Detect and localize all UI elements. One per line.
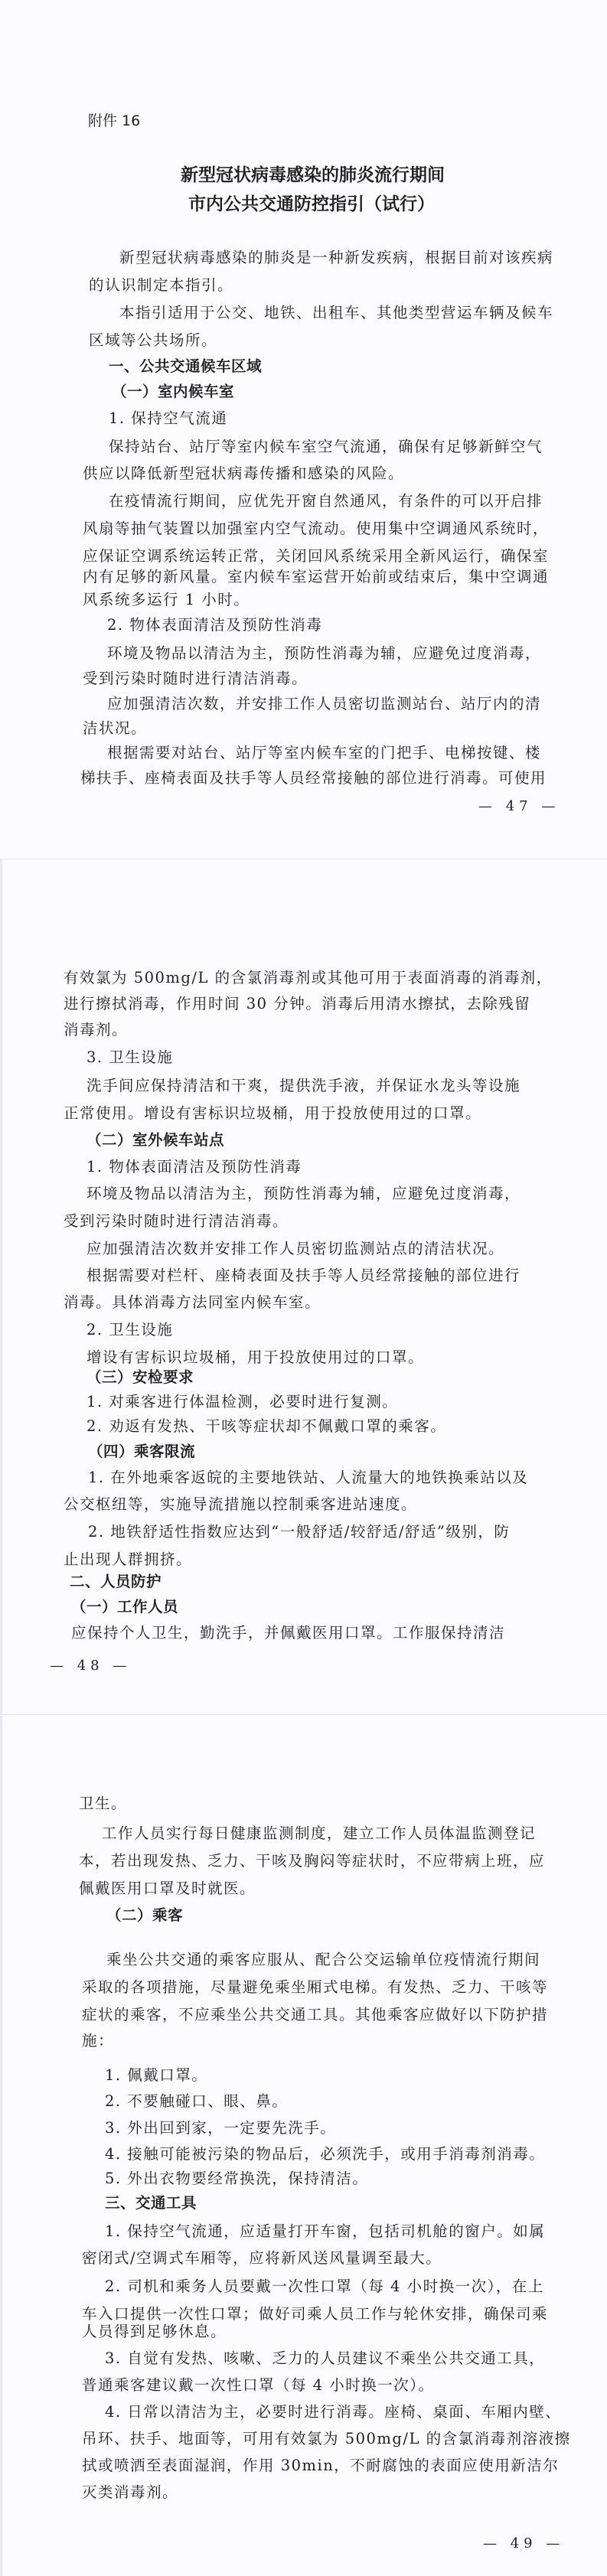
paragraph-line: 消毒。具体消毒方法同室内候车室。 <box>64 1293 321 1312</box>
subsection-heading: （二）室外候车站点 <box>86 1131 224 1149</box>
paragraph-line: 施： <box>82 2032 114 2050</box>
list-item: 3. 外出回到家，一定要先洗手。 <box>105 2119 336 2137</box>
paragraph-line: 本指引适用于公交、地铁、出租车、其他类型营运车辆及候车 <box>119 304 553 322</box>
paragraph-line: 应保持个人卫生，勤洗手，并佩戴医用口罩。工作服保持清洁 <box>71 1624 505 1642</box>
list-item: 1. 佩戴口罩。 <box>105 2066 207 2085</box>
page-49: 卫生。 工作人员实行每日健康监测制度，建立工作人员体温监测登记 本，若出现发热、… <box>0 1716 607 2576</box>
paragraph-line: 洁状况。 <box>83 719 147 738</box>
subsection-heading: （一）室内候车室 <box>112 383 234 401</box>
paragraph-line: 应加强清洁次数并安排工作人员密切监测站点的清洁状况。 <box>86 1240 504 1258</box>
paragraph-line: 风系统多运行 1 小时。 <box>83 591 250 609</box>
list-item: 5. 外出衣物要经常换洗，保持清洁。 <box>105 2170 368 2188</box>
paragraph-line: 内有足够的新风量。室内候车室运营开始前或结束后，集中空调通 <box>83 568 549 586</box>
subsection-heading: （二）乘客 <box>106 1906 183 1925</box>
item-heading: 1. 物体表面清洁及预防性消毒 <box>86 1158 302 1176</box>
paragraph-line: 佩戴医用口罩及时就医。 <box>79 1880 256 1898</box>
paragraph-line: 4. 日常以清洁为主，必要时进行消毒。座椅、桌面、车厢内壁、 <box>105 2403 561 2421</box>
subsection-heading: （四）乘客限流 <box>88 1443 195 1461</box>
section-heading-2: 二、人员防护 <box>70 1573 162 1591</box>
paragraph-line: 1. 保持空气流通，应适量打开车窗，包括司机舱的窗户。如属 <box>105 2222 545 2241</box>
paragraph-line: 增设有害标识垃圾桶，用于投放使用过的口罩。 <box>86 1348 424 1367</box>
item-heading: 2. 物体表面清洁及预防性消毒 <box>107 616 322 634</box>
paragraph-line: 采取的各项措施，尽量避免乘坐厢式电梯。有发热、乏力、干咳等 <box>82 1978 548 1997</box>
paragraph-line: 洗手间应保持清洁和干爽，提供洗手液，并保证水龙头等设施 <box>86 1077 521 1095</box>
paragraph-line: 1. 对乘客进行体温检测，必要时进行复测。 <box>86 1393 398 1411</box>
paragraph-line: 正常使用。增设有害标识垃圾桶，用于投放使用过的口罩。 <box>64 1104 481 1123</box>
section-heading-3: 三、交通工具 <box>105 2194 197 2212</box>
list-item: 4. 接触可能被污染的物品后，必须洗手，或用手消毒剂消毒。 <box>105 2145 545 2164</box>
paragraph-line: 环境及物品以清洁为主，预防性消毒为辅，应避免过度消毒， <box>86 1185 521 1203</box>
subsection-heading: （三）安检要求 <box>86 1368 194 1387</box>
paragraph-line: 新型冠状病毒感染的肺炎是一种新发疾病，根据目前对该疾病 <box>119 249 553 267</box>
paragraph-line: 2. 地铁舒适性指数应达到“一般舒适/较舒适/舒适”级别，防 <box>88 1523 510 1541</box>
paragraph-line: 根据需要对站台、站厅等室内候车室的门把手、电梯按键、楼 <box>107 744 541 762</box>
section-heading-1: 一、公共交通候车区域 <box>109 357 262 376</box>
paragraph-line: 受到污染时随时进行清洁消毒。 <box>64 1212 289 1231</box>
paragraph-line: 2. 劝返有发热、干咳等症状却不佩戴口罩的乘客。 <box>86 1417 446 1436</box>
paragraph-line: 人员得到足够休息。 <box>82 2323 227 2341</box>
paragraph-line: 卫生。 <box>79 1795 127 1813</box>
paragraph-line: 乘坐公共交通的乘客应服从、配合公交运输单位疫情流行期间 <box>106 1951 540 1969</box>
item-heading: 1. 保持空气流通 <box>109 409 227 428</box>
paragraph-line: 消毒剂。 <box>64 1021 128 1039</box>
paragraph-line: 梯扶手、座椅表面及扶手等人员经常接触的部位进行消毒。可使用 <box>80 769 547 787</box>
document-title-line-1: 新型冠状病毒感染的肺炎流行期间 <box>181 166 445 184</box>
paragraph-line: 区域等公共场所。 <box>89 331 217 350</box>
item-heading: 2. 卫生设施 <box>86 1321 173 1339</box>
paragraph-line: 灭类消毒剂。 <box>82 2483 178 2502</box>
paragraph-line: 进行擦拭消毒，作用时间 30 分钟。消毒后用清水擦拭，去除残留 <box>64 995 530 1013</box>
paragraph-line: 止出现人群拥挤。 <box>64 1550 192 1569</box>
paragraph-line: 有效氯为 500mg/L 的含氯消毒剂或其他可用于表面消毒的消毒剂， <box>64 969 553 987</box>
paragraph-line: 吊环、扶手、地面等，可用有效氯为 500mg/L 的含氯消毒剂溶液擦 <box>82 2430 571 2448</box>
paragraph-line: 3. 自觉有发热、咳嗽、乏力的人员建议不乘坐公共交通工具， <box>105 2349 545 2368</box>
page-number: — 48 — <box>50 1658 131 1674</box>
paragraph-line: 应加强清洁次数，并安排工作人员密切监测站台、站厅内的清 <box>107 695 541 713</box>
paragraph-line: 公交枢纽等，实施导流措施以控制乘客进站速度。 <box>64 1495 417 1514</box>
attachment-label: 附件 16 <box>88 112 140 130</box>
page-47: 附件 16 新型冠状病毒感染的肺炎流行期间 市内公共交通防控指引（试行） 新型冠… <box>0 0 607 859</box>
paragraph-line: 密闭式/空调式车厢等，应将新风送风量调至最大。 <box>82 2249 442 2268</box>
paragraph-line: 供应以降低新型冠状病毒传播和感染的风险。 <box>83 465 404 483</box>
paragraph-line: 1. 在外地乘客返皖的主要地铁站、人流量大的地铁换乘站以及 <box>88 1469 528 1487</box>
paragraph-line: 2. 司机和乘务人员要戴一次性口罩（每 4 小时换一次），在上 <box>105 2278 544 2296</box>
paragraph-line: 本，若出现发热、乏力、干咳及胸闷等症状时，不应带病上班，应 <box>79 1852 545 1870</box>
page-48: 有效氯为 500mg/L 的含氯消毒剂或其他可用于表面消毒的消毒剂， 进行擦拭消… <box>0 859 607 1715</box>
paragraph-line: 的认识制定本指引。 <box>89 276 233 295</box>
document-title-line-2: 市内公共交通防控指引（试行） <box>188 195 435 214</box>
paragraph-line: 保持站台、站厅等室内候车室空气流通，确保有足够新鲜空气 <box>109 438 543 456</box>
paragraph-line: 普通乘客建议戴一次性口罩（每 4 小时换一次）。 <box>82 2376 435 2395</box>
page-number: — 49 — <box>483 2535 564 2552</box>
page-number: — 47 — <box>478 798 560 814</box>
paragraph-line: 在疫情流行期间，应优先开窗自然通风，有条件的可以开启排 <box>109 492 543 510</box>
paragraph-line: 拭或喷洒至表面湿润，作用 30min，不耐腐蚀的表面应使用新洁尔 <box>82 2457 559 2475</box>
paragraph-line: 应保证空调系统运转正常，关闭回风系统采用全新风运行，确保室 <box>83 547 549 566</box>
paragraph-line: 环境及物品以清洁为主，预防性消毒为辅，应避免过度消毒， <box>107 644 541 663</box>
paragraph-line: 工作人员实行每日健康监测制度，建立工作人员体温监测登记 <box>102 1824 536 1843</box>
list-item: 2. 不要触碰口、眼、鼻。 <box>105 2092 288 2111</box>
paragraph-line: 症状的乘客，不应乘坐公共交通工具。其他乘客应做好以下防护措 <box>82 2006 548 2024</box>
paragraph-line: 风扇等抽气装置以加强室内空气流动。使用集中空调通风系统时， <box>83 520 549 538</box>
paragraph-line: 车入口提供一次性口罩；做好司乘人员工作与轮休安排，确保司乘 <box>82 2305 548 2323</box>
subsection-heading: （一）工作人员 <box>71 1598 178 1616</box>
paragraph-line: 根据需要对栏杆、座椅表面及扶手等人员经常接触的部位进行 <box>86 1267 521 1285</box>
item-heading: 3. 卫生设施 <box>86 1048 173 1067</box>
paragraph-line: 受到污染时随时进行清洁消毒。 <box>83 670 308 688</box>
